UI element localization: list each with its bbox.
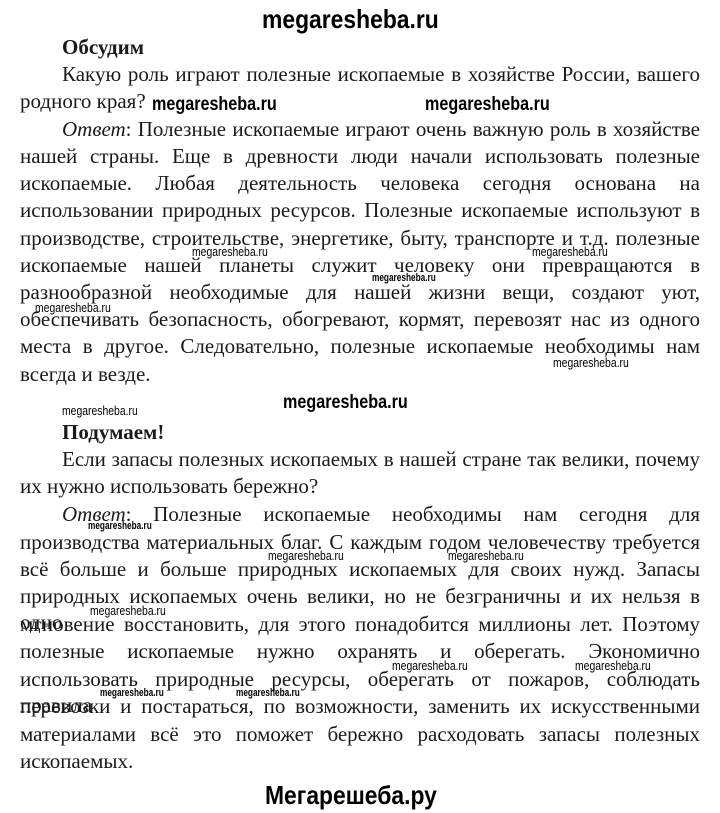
section2-heading: Подумаем!: [62, 419, 720, 445]
section2-question-line-2: их нужно использовать бережно?: [20, 473, 700, 499]
section1-question-line-1: Какую роль играют полезные ископаемые в …: [62, 61, 700, 87]
section1-question-line-2: родного края?: [20, 88, 700, 114]
section2-answer-line-3: всё больше и больше природных ископаемых…: [20, 556, 700, 582]
watermark-inline: megaresheba.ru: [62, 403, 138, 418]
section2-answer-line-9: материалами всё это поможет бережно расх…: [20, 721, 700, 747]
watermark-inline: megaresheba.ru: [283, 392, 408, 414]
watermark-bottom: Мегарешеба.ру: [265, 780, 437, 811]
answer-label: Ответ: [62, 117, 126, 141]
section1-answer-line-3: ископаемые. Любая деятельность человека …: [20, 170, 700, 196]
section2-answer-line-10: ископаемых.: [20, 748, 700, 774]
section2-answer-line-8: перевозки и постараться, по возможности,…: [20, 693, 700, 719]
section2-answer-line-5: мгновение восстановить, для этого понадо…: [20, 611, 700, 637]
watermark-inline: megaresheba.ru: [425, 94, 550, 116]
section1-answer-line-7: разнообразной необходимые для нашей жизн…: [20, 279, 700, 305]
section1-answer-line-1: Ответ: Полезные ископаемые играют очень …: [62, 116, 700, 142]
document-page: megaresheba.ru Обсудим Какую роль играют…: [0, 0, 720, 813]
section1-answer-line-10: всегда и везде.: [20, 361, 700, 387]
section1-answer-line-2: нашей страны. Еще в древности люди начал…: [20, 143, 700, 169]
section1-answer-line-8: обеспечивать безопасность, обогревают, к…: [20, 306, 700, 332]
watermark-top: megaresheba.ru: [262, 4, 439, 35]
watermark-inline: megaresheba.ru: [152, 94, 277, 116]
section2-answer-line-2: производства материальных благ. С каждым…: [20, 529, 700, 555]
section1-heading: Обсудим: [62, 34, 720, 60]
section1-answer-line-6: ископаемые нашей планеты служит человеку…: [20, 252, 700, 278]
section1-answer-line-4: использовании природных ресурсов. Полезн…: [20, 197, 700, 223]
section2-answer-line-1: Ответ: Полезные ископаемые необходимы на…: [62, 501, 700, 527]
section2-question-line-1: Если запасы полезных ископаемых в нашей …: [62, 446, 700, 472]
